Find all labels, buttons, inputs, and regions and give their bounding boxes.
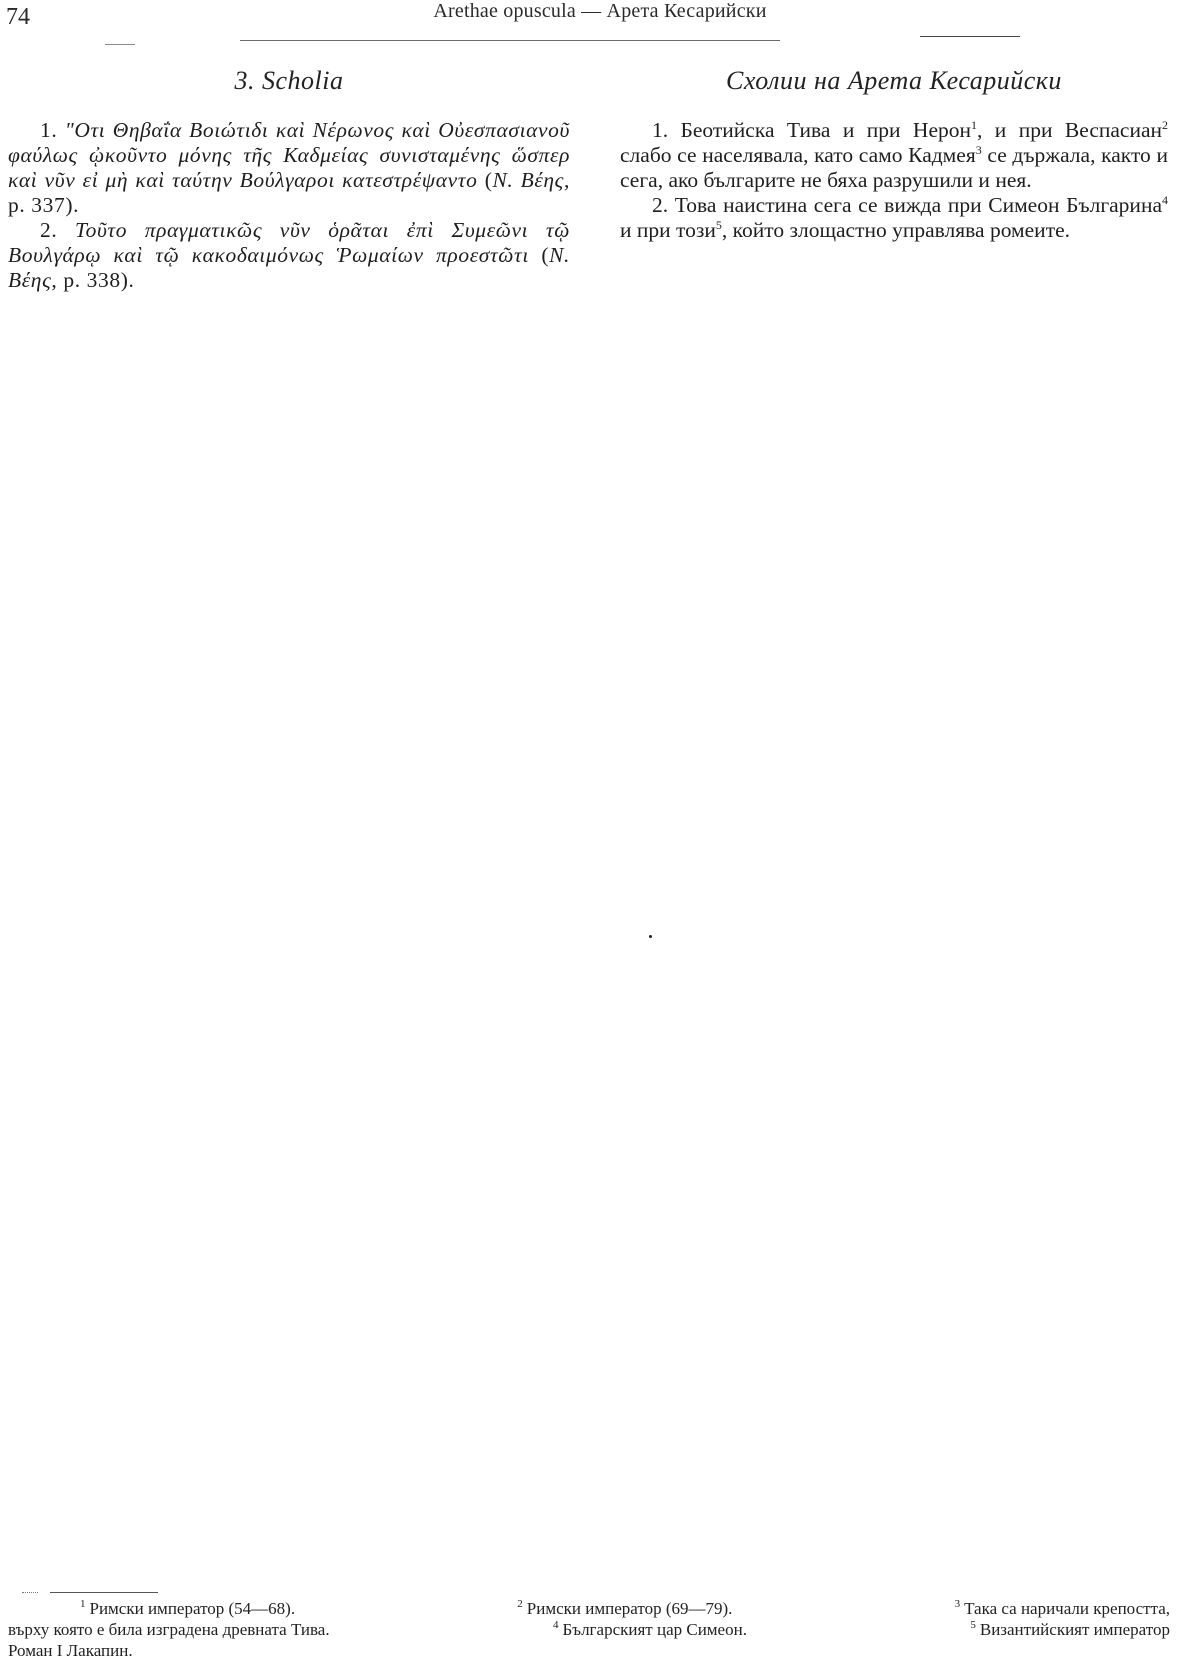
footnote-ref-2[interactable]: 2 [1162, 118, 1168, 132]
footnote-text: Римски император (69—79). [527, 1599, 733, 1618]
footnote-3-continued: върху която е била изградена древната Ти… [8, 1619, 330, 1640]
footnote-rule-dots [22, 1592, 38, 1594]
footnote-3: 3Така са наричали крепостта, [955, 1598, 1170, 1619]
footnote-text: Римски император (54—68). [90, 1599, 296, 1618]
left-column-greek: 3. Scholia 1. "Οτι Θηβαΐα Βοιώτιδι καὶ Ν… [8, 66, 570, 293]
footnote-2: 2Римски император (69—79). [517, 1598, 732, 1619]
citation-page: , p. 338). [51, 268, 134, 292]
text-segment: , който злощастно управлява ромеите. [722, 218, 1070, 242]
text-segment: 1. Беотийска Тива и при Нерон [652, 118, 971, 142]
footnote-line-1: 1Римски император (54—68). 2Римски импер… [8, 1598, 1170, 1619]
footnote-5-continued: Роман I Лакапин. [8, 1640, 133, 1661]
section-title-bulgarian: Схолии на Арета Кесарийски [620, 66, 1168, 96]
footnote-mark: 4 [553, 1619, 559, 1631]
scholion-number: 2. [40, 218, 57, 242]
footnote-mark: 1 [80, 1598, 86, 1610]
footnote-mark: 5 [970, 1619, 976, 1631]
citation-open: ( [541, 243, 549, 267]
text-segment: слабо се населявала, като само Кадмея [620, 143, 976, 167]
footnote-text: Византийският император [980, 1620, 1170, 1639]
header-rule-fragment [920, 36, 1020, 37]
running-title: Arethae opuscula — Арета Кесарийски [0, 0, 1200, 23]
footnote-ref-4[interactable]: 4 [1162, 193, 1168, 207]
header-rule-fragment [105, 44, 135, 45]
footnote-mark: 2 [517, 1598, 523, 1610]
scholion-number: 1. [40, 118, 57, 142]
footnote-text: Българският цар Симеон. [563, 1620, 747, 1639]
footnote-text: Така са наричали крепостта, [964, 1599, 1170, 1618]
scan-speck [649, 935, 652, 938]
text-segment: , и при Веспасиан [977, 118, 1162, 142]
text-segment: и при този [620, 218, 716, 242]
footnote-rule [50, 1592, 158, 1593]
scholion-text: Τοῦτο πραγματικῶς νῦν ὁρᾶται ἐπὶ Συμεῶνι… [8, 218, 570, 267]
header-rule [240, 40, 780, 41]
footnote-5: 5Византийският император [970, 1619, 1170, 1640]
text-segment: 2. Това наистина сега се вижда при Симео… [652, 193, 1162, 217]
section-title-greek: 3. Scholia [8, 66, 570, 96]
bulgarian-scholion-1: 1. Беотийска Тива и при Нерон1, и при Ве… [620, 118, 1168, 193]
footnote-1: 1Римски император (54—68). [80, 1598, 295, 1619]
footnote-line-2: върху която е била изградена древната Ти… [8, 1619, 1170, 1640]
greek-scholion-2: 2. Τοῦτο πραγματικῶς νῦν ὁρᾶται ἐπὶ Συμε… [8, 218, 570, 293]
citation-author: N. Βέης [492, 168, 564, 192]
right-column-bulgarian: Схолии на Арета Кесарийски 1. Беотийска … [620, 66, 1168, 243]
footnote-mark: 3 [955, 1598, 961, 1610]
footnote-4: 4Българският цар Симеон. [553, 1619, 747, 1640]
footnotes: 1Римски император (54—68). 2Римски импер… [8, 1598, 1170, 1661]
footnote-line-3: Роман I Лакапин. [8, 1640, 1170, 1661]
bulgarian-scholion-2: 2. Това наистина сега се вижда при Симео… [620, 193, 1168, 243]
greek-scholion-1: 1. "Οτι Θηβαΐα Βοιώτιδι καὶ Νέρωνος καὶ … [8, 118, 570, 218]
